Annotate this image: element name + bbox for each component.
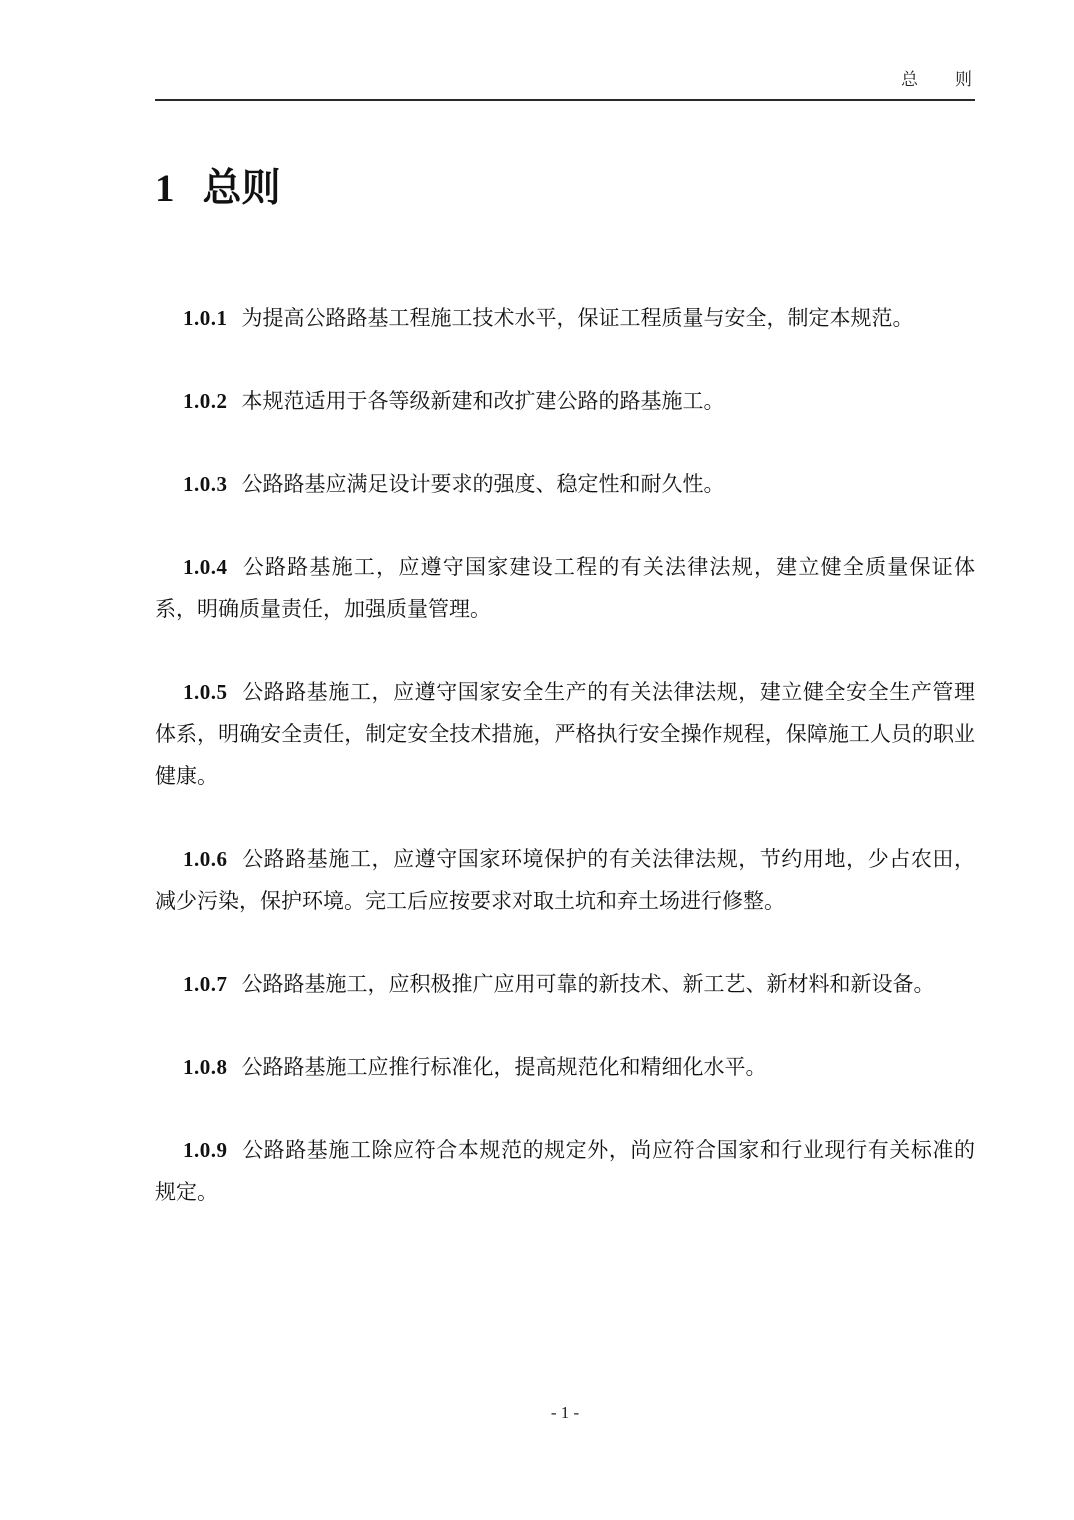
chapter-title: 1总则 — [155, 165, 975, 213]
section-paragraph: 1.0.2本规范适用于各等级新建和改扩建公路的路基施工。 — [155, 380, 975, 422]
page-footer: - 1 - — [155, 1403, 975, 1423]
section-text: 公路路基施工除应符合本规范的规定外，尚应符合国家和行业现行有关标准的规定。 — [155, 1138, 975, 1204]
section-number: 1.0.7 — [183, 972, 228, 996]
running-header: 总 则 — [155, 68, 975, 101]
page-content: 总 则 1总则 1.0.1为提高公路路基工程施工技术水平，保证工程质量与安全，制… — [155, 0, 975, 1520]
section-paragraph: 1.0.9公路路基施工除应符合本规范的规定外，尚应符合国家和行业现行有关标准的规… — [155, 1129, 975, 1213]
running-header-title: 总 则 — [901, 70, 973, 89]
section-paragraph: 1.0.7公路路基施工，应积极推广应用可靠的新技术、新工艺、新材料和新设备。 — [155, 963, 975, 1005]
document-page: { "header": { "running_title": "总 则" }, … — [0, 0, 1074, 1520]
section-paragraph: 1.0.4公路路基施工，应遵守国家建设工程的有关法律法规，建立健全质量保证体系，… — [155, 546, 975, 630]
section-text: 公路路基施工应推行标准化，提高规范化和精细化水平。 — [242, 1055, 767, 1079]
section-text: 公路路基施工，应遵守国家建设工程的有关法律法规，建立健全质量保证体系，明确质量责… — [155, 555, 975, 621]
section-text: 公路路基施工，应积极推广应用可靠的新技术、新工艺、新材料和新设备。 — [242, 972, 935, 996]
section-paragraph: 1.0.3公路路基应满足设计要求的强度、稳定性和耐久性。 — [155, 463, 975, 505]
page-number: - 1 - — [551, 1403, 579, 1422]
section-text: 本规范适用于各等级新建和改扩建公路的路基施工。 — [242, 389, 725, 413]
section-paragraph: 1.0.1为提高公路路基工程施工技术水平，保证工程质量与安全，制定本规范。 — [155, 297, 975, 339]
section-paragraph: 1.0.5公路路基施工，应遵守国家安全生产的有关法律法规，建立健全安全生产管理体… — [155, 671, 975, 797]
section-text: 公路路基应满足设计要求的强度、稳定性和耐久性。 — [242, 472, 725, 496]
section-number: 1.0.5 — [183, 680, 228, 704]
section-number: 1.0.9 — [183, 1138, 228, 1162]
section-text: 为提高公路路基工程施工技术水平，保证工程质量与安全，制定本规范。 — [242, 306, 914, 330]
section-text: 公路路基施工，应遵守国家环境保护的有关法律法规，节约用地，少占农田，减少污染，保… — [155, 847, 975, 913]
sections-list: 1.0.1为提高公路路基工程施工技术水平，保证工程质量与安全，制定本规范。 1.… — [155, 297, 975, 1213]
section-paragraph: 1.0.8公路路基施工应推行标准化，提高规范化和精细化水平。 — [155, 1046, 975, 1088]
chapter-title-text: 总则 — [203, 167, 281, 210]
section-text: 公路路基施工，应遵守国家安全生产的有关法律法规，建立健全安全生产管理体系，明确安… — [155, 680, 975, 788]
chapter-number: 1 — [155, 165, 175, 213]
section-paragraph: 1.0.6公路路基施工，应遵守国家环境保护的有关法律法规，节约用地，少占农田，减… — [155, 838, 975, 922]
section-number: 1.0.8 — [183, 1055, 228, 1079]
section-number: 1.0.2 — [183, 389, 228, 413]
section-number: 1.0.3 — [183, 472, 228, 496]
section-number: 1.0.1 — [183, 306, 228, 330]
section-number: 1.0.4 — [183, 555, 228, 579]
section-number: 1.0.6 — [183, 847, 228, 871]
